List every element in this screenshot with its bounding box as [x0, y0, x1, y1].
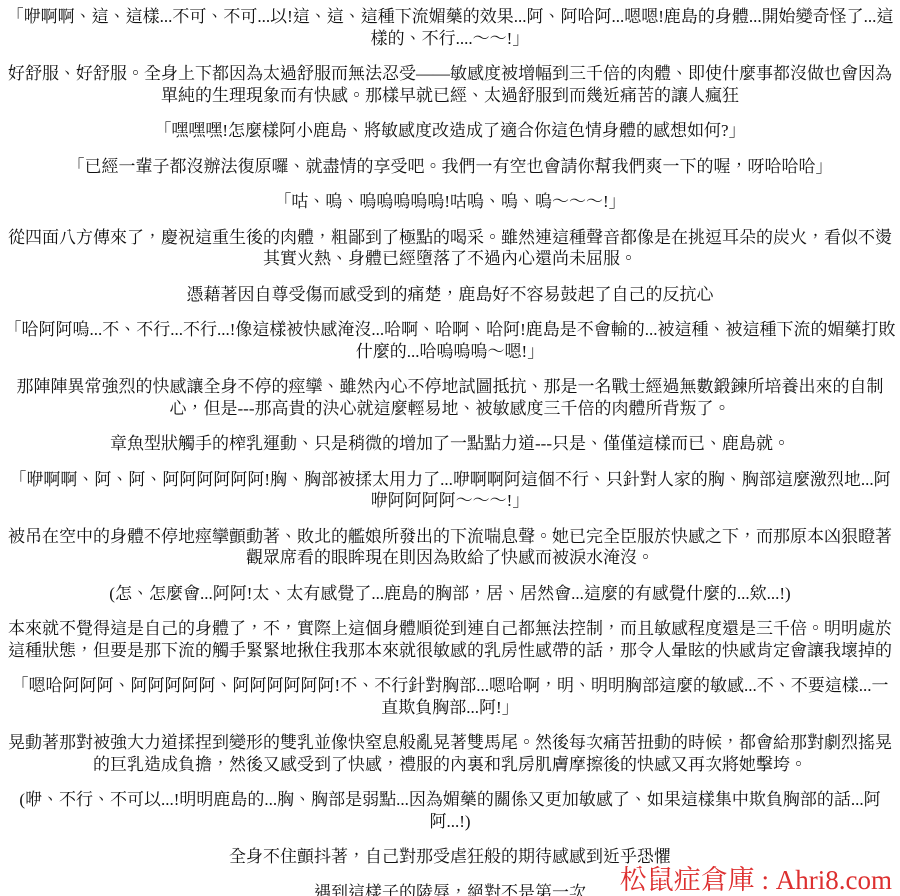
paragraph: 晃動著那對被強大力道揉捏到變形的雙乳並像快窒息般亂晃著雙馬尾。然後每次痛苦扭動的…	[4, 732, 896, 775]
paragraph: 「咿啊啊、阿、阿、阿阿阿阿阿阿!胸、胸部被揉太用力了...咿啊啊阿這個不行、只針…	[4, 469, 896, 512]
paragraph: 「嗯哈阿阿阿、阿阿阿阿阿、阿阿阿阿阿阿!不、不行針對胸部...嗯哈啊，明、明明胸…	[4, 675, 896, 718]
paragraph: 「咿啊啊、這、這樣...不可、不可...以!這、這、這種下流媚藥的效果...阿、…	[4, 6, 896, 49]
paragraph: (怎、怎麼會...阿阿!太、太有感覺了...鹿島的胸部，居、居然會...這麼的有…	[4, 583, 896, 605]
paragraph: 被吊在空中的身體不停地痙攣顫動著、敗北的艦娘所發出的下流喘息聲。她已完全臣服於快…	[4, 526, 896, 569]
paragraph: 好舒服、好舒服。全身上下都因為太過舒服而無法忍受——敏感度被增幅到三千倍的肉體、…	[4, 63, 896, 106]
paragraph: 「已經一輩子都沒辦法復原囉、就盡情的享受吧。我們一有空也會請你幫我們爽一下的喔，…	[4, 156, 896, 178]
paragraph: (咿、不行、不可以...!明明鹿島的...胸、胸部是弱點...因為媚藥的關係又更…	[4, 789, 896, 832]
paragraph: 那陣陣異常強烈的快感讓全身不停的痙攣、雖然內心不停地試圖抵抗、那是一名戰士經過無…	[4, 376, 896, 419]
document-page: 「咿啊啊、這、這樣...不可、不可...以!這、這、這種下流媚藥的效果...阿、…	[0, 0, 900, 896]
paragraph: 「嘿嘿嘿!怎麼樣阿小鹿島、將敏感度改造成了適合你這色情身體的感想如何?」	[4, 120, 896, 142]
paragraph: 憑藉著因自尊受傷而感受到的痛楚，鹿島好不容易鼓起了自己的反抗心	[4, 284, 896, 306]
paragraph: 本來就不覺得這是自己的身體了，不，實際上這個身體順從到連自己都無法控制，而且敏感…	[4, 618, 896, 661]
paragraph: 「哈阿阿嗚...不、不行...不行...!像這樣被快感淹沒...哈啊、哈啊、哈阿…	[4, 319, 896, 362]
paragraph: 從四面八方傳來了，慶祝這重生後的肉體，粗鄙到了極點的喝采。雖然連這種聲音都像是在…	[4, 227, 896, 270]
paragraph: 「咕、嗚、嗚嗚嗚嗚嗚!咕嗚、嗚、嗚～～～!」	[4, 191, 896, 213]
paragraph: 章魚型狀觸手的榨乳運動、只是稍微的增加了一點點力道---只是、僅僅這樣而已、鹿島…	[4, 433, 896, 455]
site-watermark: 松鼠症倉庫 : Ahri8.com	[614, 865, 892, 895]
